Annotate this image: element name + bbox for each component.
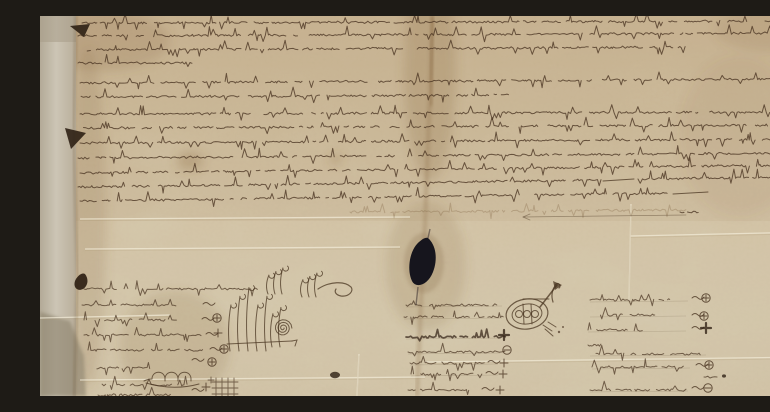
- edge-strip-top-shade: [40, 16, 76, 42]
- manuscript-photo: Medieval parchment charter: [40, 16, 770, 396]
- manuscript-canvas: [40, 16, 770, 396]
